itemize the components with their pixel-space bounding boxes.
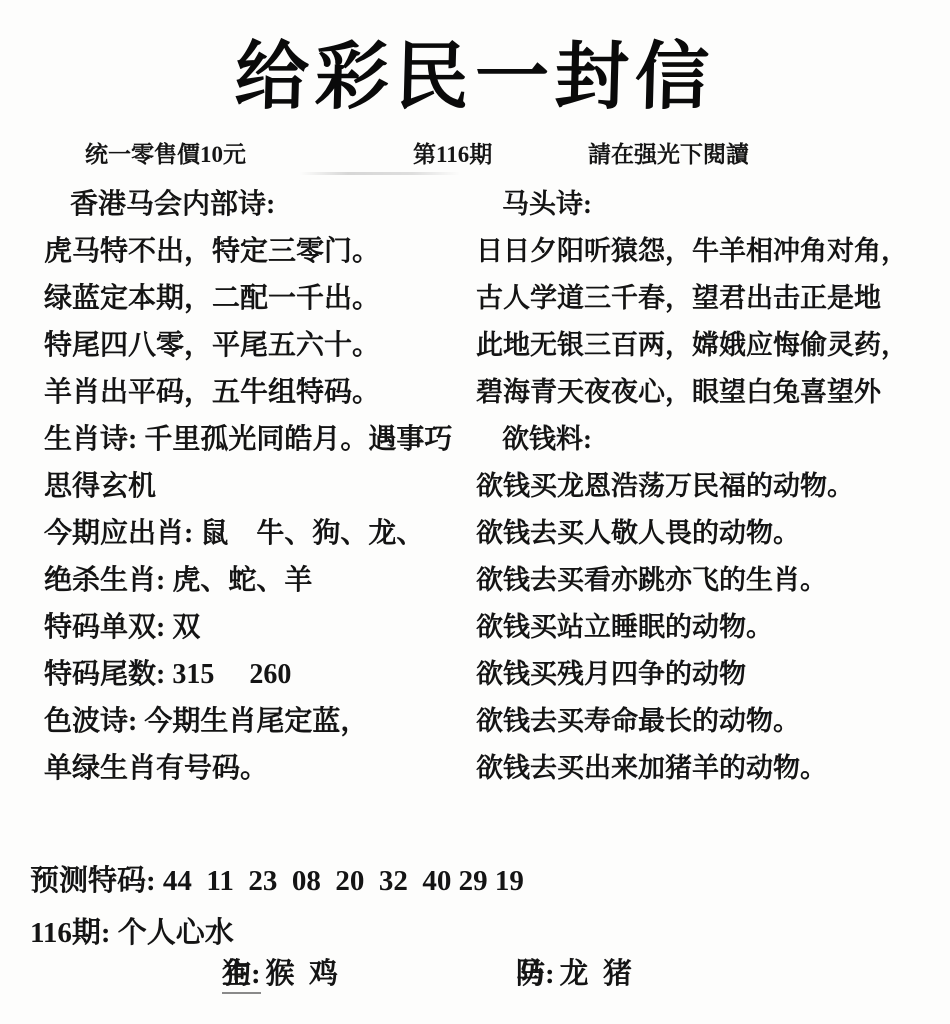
poem-line: 羊肖出平码，五牛组特码。 [44, 369, 474, 416]
prediction-row: 预测特码: 44 11 23 08 20 32 40 29 19 [30, 858, 524, 899]
prediction-spacer [156, 865, 163, 897]
prediction-numbers: 44 11 23 08 20 32 40 29 19 [163, 865, 524, 897]
reading-notice-label: 請在强光下閱讀 [588, 136, 749, 169]
horse-head-poem-line: 古人学道三千春，望君出击正是地 [476, 275, 948, 322]
left-column-heading: 香港马会内部诗: [44, 181, 474, 228]
odd-even-line: 特码单双: 双 [44, 604, 474, 651]
horse-head-poem-heading: 马头诗: [476, 181, 948, 228]
zodiac-poem-line: 生肖诗: 千里孤光同皓月。遇事巧 [44, 416, 474, 463]
poem-line: 特尾四八零，平尾五六十。 [44, 322, 474, 369]
color-wave-line: 单绿生肖有号码。 [44, 745, 474, 792]
yuqian-clue-line: 欲钱去买寿命最长的动物。 [476, 698, 948, 745]
yuqian-clue-line: 欲钱去买看亦跳亦飞的生肖。 [476, 557, 948, 604]
poem-line: 绿蓝定本期，二配一千出。 [44, 275, 474, 322]
horse-head-poem-line: 碧海青天夜夜心，眼望白兔喜望外 [476, 369, 948, 416]
yuqian-clue-line: 欲钱去买人敬人畏的动物。 [476, 510, 948, 557]
right-column: 马头诗: 日日夕阳听猿怨，牛羊相冲角对角， 古人学道三千春，望君出击正是地 此地… [476, 181, 948, 792]
retail-price-label: 统一零售價10元 [85, 136, 246, 169]
main-values: 狗 猴 鸡 [222, 951, 338, 992]
left-column: 香港马会内部诗: 虎马特不出，特定三零门。 绿蓝定本期，二配一千出。 特尾四八零… [44, 181, 474, 792]
page-title: 给彩民一封信 [0, 18, 950, 124]
yuqian-heading: 欲钱料: [476, 416, 948, 463]
expected-zodiac-line: 今期应出肖: 鼠 牛、狗、龙、 [44, 510, 474, 557]
lottery-flyer-page: 给彩民一封信 统一零售價10元 第116期 請在强光下閱讀 香港马会内部诗: 虎… [0, 0, 950, 1024]
yuqian-clue-line: 欲钱买站立睡眠的动物。 [476, 604, 948, 651]
excluded-zodiac-line: 绝杀生肖: 虎、蛇、羊 [44, 557, 474, 604]
yuqian-clue-line: 欲钱买龙恩浩荡万民福的动物。 [476, 463, 948, 510]
tail-digit-line: 特码尾数: 315 260 [44, 651, 474, 698]
yuqian-clue-line: 欲钱去买出来加猪羊的动物。 [476, 745, 948, 792]
horse-head-poem-line: 此地无银三百两，嫦娥应悔偷灵药， [476, 322, 948, 369]
color-wave-line: 色波诗: 今期生肖尾定蓝， [44, 698, 474, 745]
guard-values: 马 龙 猪 [516, 951, 632, 992]
personal-pick-row: 116期: 个人心水 [30, 910, 234, 951]
poem-line: 虎马特不出，特定三零门。 [44, 228, 474, 275]
scan-smudge [300, 172, 460, 175]
issue-number-label: 第116期 [413, 136, 492, 169]
yuqian-clue-line: 欲钱买残月四争的动物 [476, 651, 948, 698]
prediction-label: 预测特码: [30, 865, 156, 897]
zodiac-poem-line: 思得玄机 [44, 463, 474, 510]
horse-head-poem-line: 日日夕阳听猿怨，牛羊相冲角对角， [476, 228, 948, 275]
